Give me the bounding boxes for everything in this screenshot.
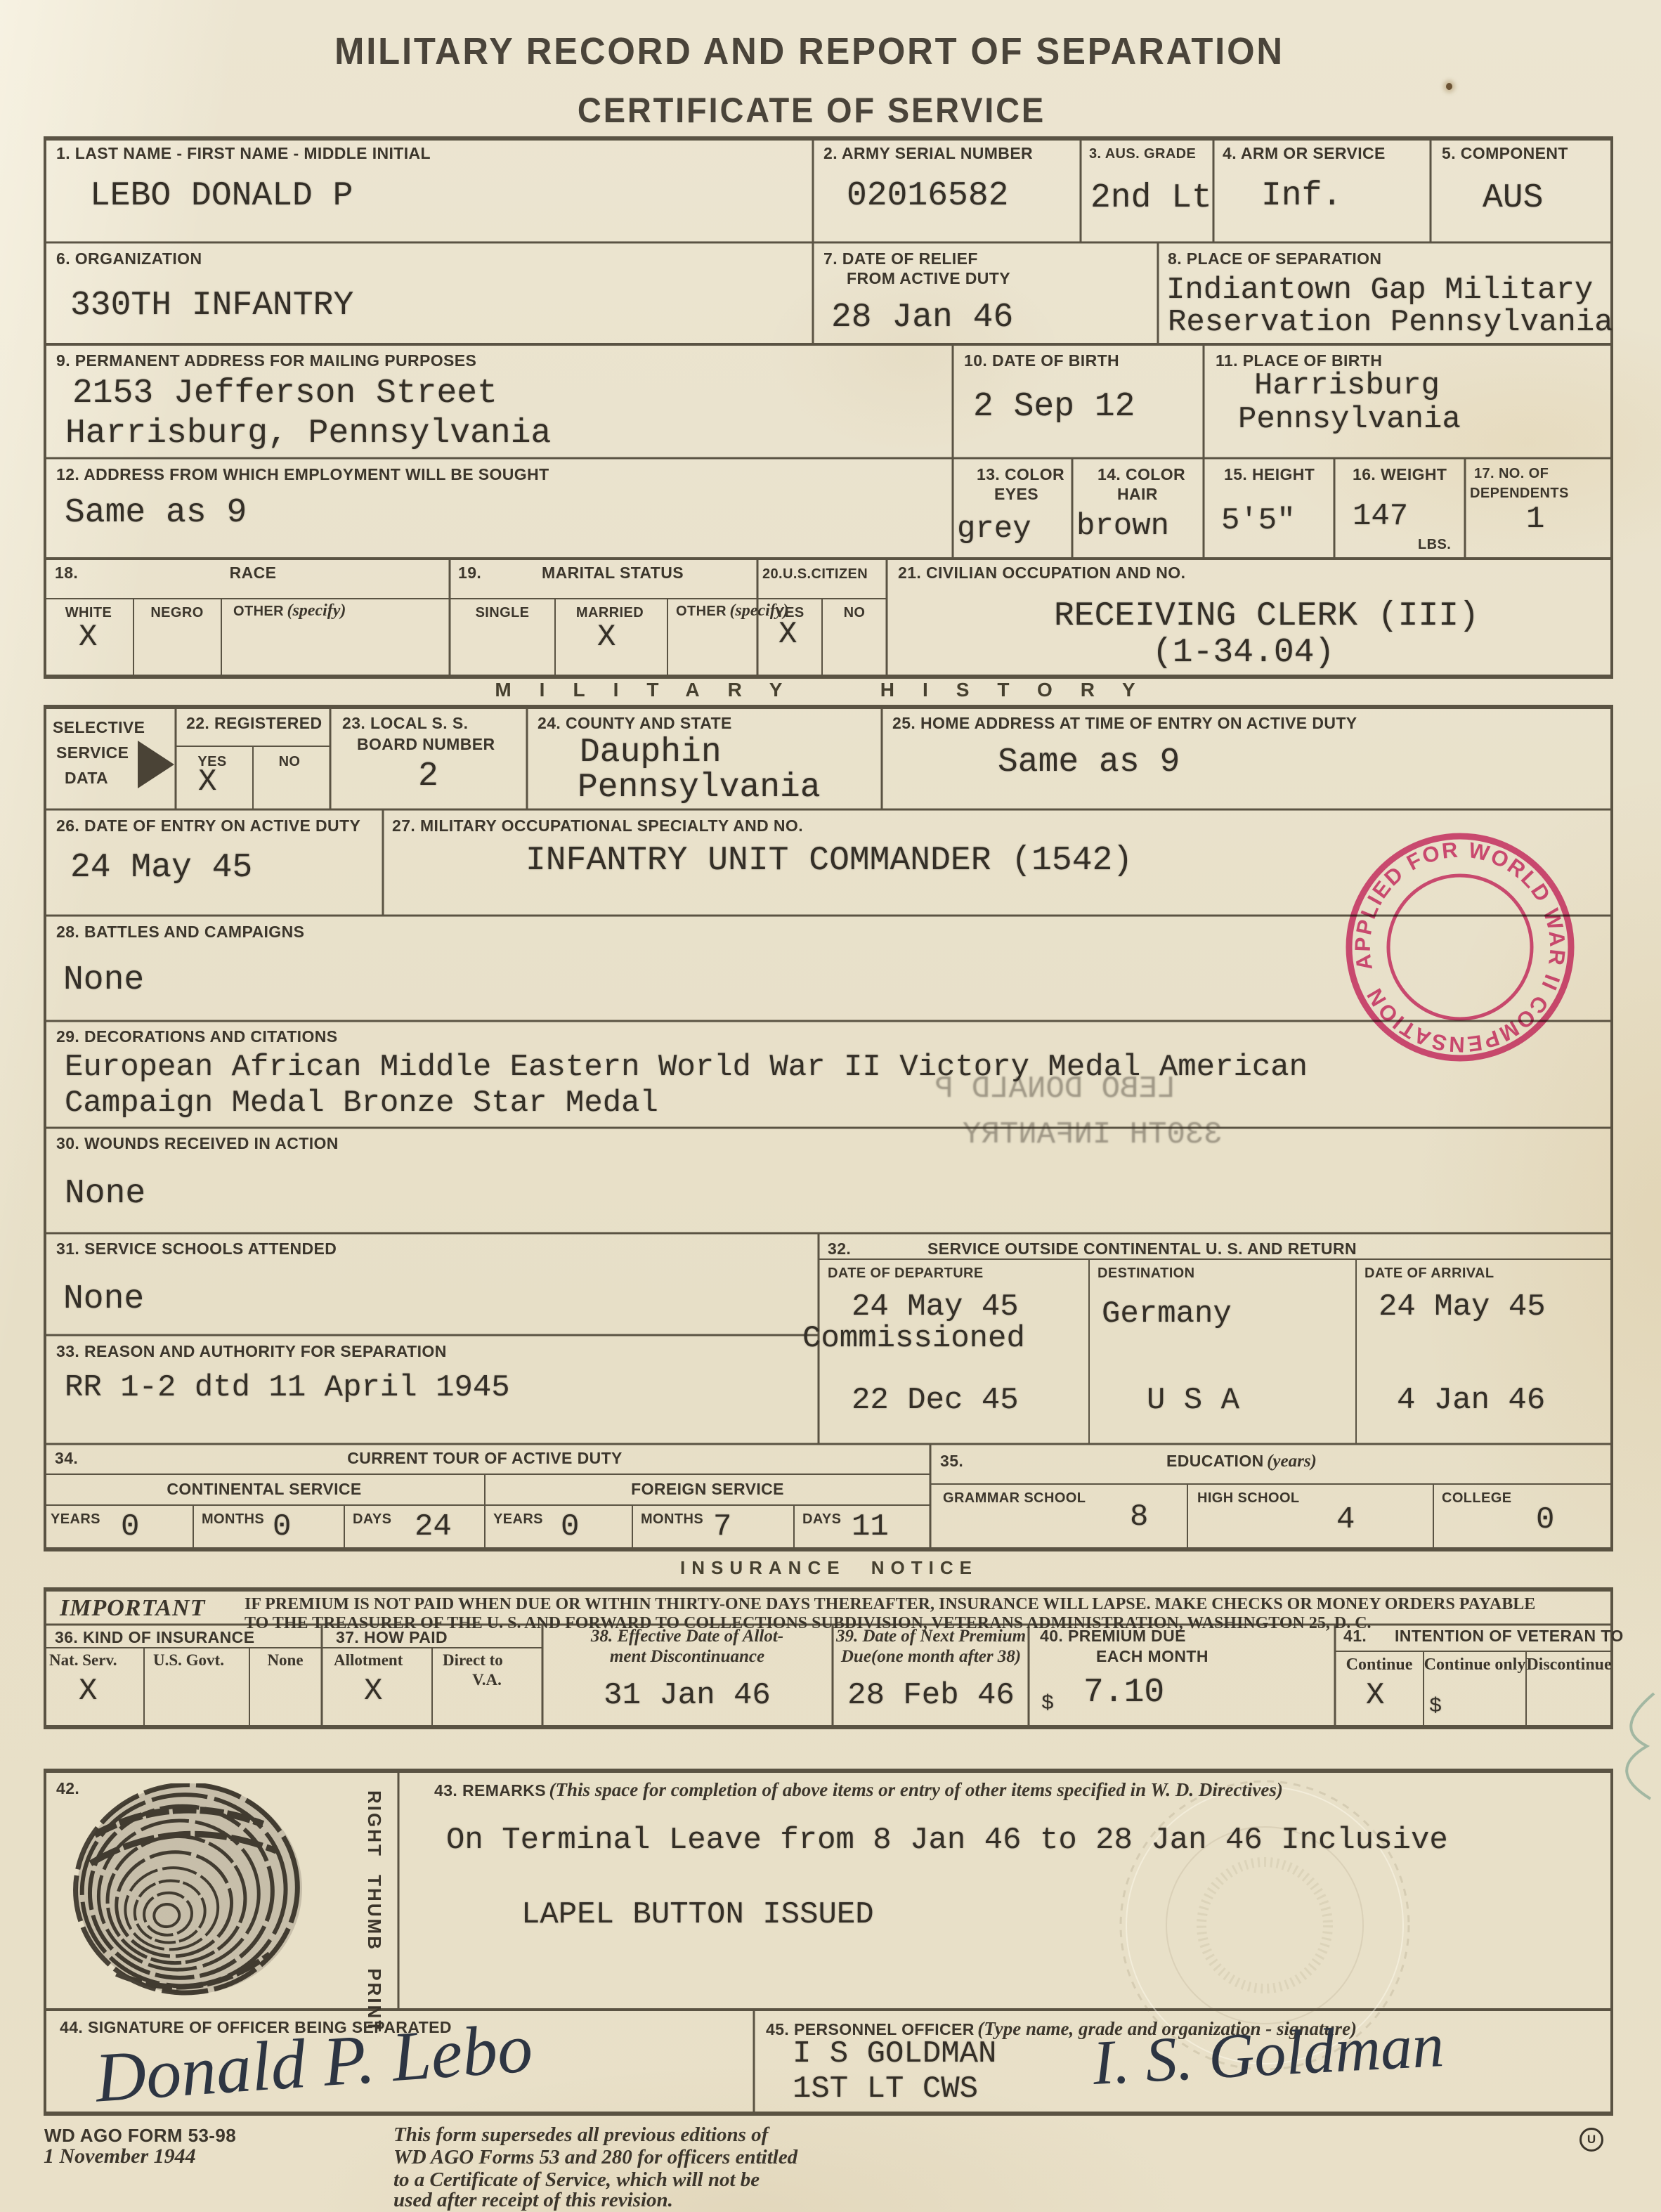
home-address-value: Same as 9	[998, 743, 1180, 781]
education-grammar-value: 8	[1130, 1499, 1148, 1535]
race-number: 18.	[55, 564, 78, 583]
education-label-text: EDUCATION	[1166, 1452, 1264, 1470]
education-grammar-label: GRAMMAR SCHOOL	[943, 1490, 1086, 1507]
occupation-label: 21. CIVILIAN OCCUPATION AND NO.	[898, 564, 1185, 583]
overseas-departure1: 24 May 45	[852, 1289, 1019, 1325]
field-value-employment-address: Same as 9	[65, 494, 247, 532]
tour-f-days-label: DAYS	[802, 1511, 841, 1528]
field-value-weight: 147	[1353, 499, 1408, 534]
tour-c-months: 0	[273, 1509, 291, 1544]
field-label-organization: 6. ORGANIZATION	[56, 249, 202, 269]
field-value-mailing-address2: Harrisburg, Pennsylvania	[65, 415, 551, 453]
battles-label: 28. BATTLES AND CAMPAIGNS	[56, 923, 304, 942]
separation-certificate-document: LEBO DONALD P 330TH INFANTRY MILITARY RE…	[0, 0, 1661, 2212]
board-value: 2	[418, 757, 438, 795]
field-label-component: 5. COMPONENT	[1442, 144, 1568, 164]
overseas-number: 32.	[828, 1240, 851, 1259]
remarks-line1: On Terminal Leave from 8 Jan 46 to 28 Ja…	[446, 1823, 1448, 1858]
insurance-howpaid-direct1: Direct to	[443, 1651, 503, 1670]
county-label: 24. COUNTY AND STATE	[538, 714, 732, 734]
field-value-separation-place1: Indiantown Gap Military	[1166, 273, 1593, 308]
field-value-hair: brown	[1076, 509, 1169, 544]
union-bug-icon: U	[1579, 2128, 1603, 2152]
field-label-relief-date2: FROM ACTIVE DUTY	[847, 269, 1010, 289]
decorations-value2: Campaign Medal Bronze Star Medal	[65, 1086, 658, 1121]
citizen-option-no: NO	[844, 604, 866, 621]
insurance-kind-none: None	[267, 1651, 303, 1670]
tour-c-months-label: MONTHS	[202, 1511, 264, 1528]
separation-reason-value: RR 1-2 dtd 11 April 1945	[65, 1370, 510, 1405]
field-value-grade: 2nd Lt	[1090, 179, 1212, 217]
insurance-premium-label2: EACH MONTH	[1096, 1647, 1209, 1667]
entry-date-value: 24 May 45	[70, 849, 252, 887]
tour-continental-label: CONTINENTAL SERVICE	[167, 1480, 361, 1499]
personnel-officer-typed-grade: 1ST LT CWS	[793, 2071, 978, 2107]
tour-number: 34.	[55, 1449, 78, 1469]
field-label-name: 1. LAST NAME - FIRST NAME - MIDDLE INITI…	[56, 144, 431, 164]
insurance-important-label: IMPORTANT	[60, 1595, 205, 1622]
tour-f-months-label: MONTHS	[641, 1511, 703, 1528]
race-option-white: WHITE	[65, 604, 112, 621]
remarks-label-note: (This space for completion of above item…	[549, 1779, 1283, 1800]
insurance-kind-mark: X	[79, 1674, 97, 1709]
education-label: EDUCATION (years)	[1166, 1452, 1317, 1471]
intention-continue: Continue	[1346, 1655, 1413, 1674]
tour-c-years-label: YEARS	[51, 1511, 100, 1528]
personnel-officer-typed-name: I S GOLDMAN	[793, 2036, 996, 2071]
field-value-dependents: 1	[1526, 502, 1544, 537]
bleed-through-text: 330TH INFANTRY	[963, 1117, 1223, 1152]
overseas-label: SERVICE OUTSIDE CONTINENTAL U. S. AND RE…	[927, 1240, 1357, 1259]
tour-foreign-label: FOREIGN SERVICE	[631, 1480, 784, 1499]
stamp-text: APPLIED FOR WORLD WAR II COMPENSATION	[1327, 814, 1593, 1080]
insurance-next-label2: Due(one month after 38)	[841, 1647, 1021, 1667]
wounds-value: None	[65, 1175, 145, 1213]
overseas-departure2: 22 Dec 45	[852, 1383, 1019, 1418]
pinhole	[1446, 83, 1452, 90]
field-value-birth-place2: Pennsylvania	[1238, 402, 1461, 437]
overseas-departure1b: Commissioned	[802, 1321, 1025, 1356]
intention-discontinue: Discontinue	[1526, 1655, 1611, 1674]
thumbprint	[60, 1783, 313, 2015]
field-value-name: LEBO DONALD P	[90, 177, 353, 215]
education-label-years: (years)	[1267, 1452, 1317, 1471]
tour-label: CURRENT TOUR OF ACTIVE DUTY	[347, 1449, 623, 1469]
insurance-eff-value: 31 Jan 46	[604, 1678, 771, 1713]
separation-reason-label: 33. REASON AND AUTHORITY FOR SEPARATION	[56, 1342, 447, 1362]
battles-value: None	[63, 961, 144, 999]
race-option-negro: NEGRO	[150, 604, 203, 621]
field-value-birth-date: 2 Sep 12	[973, 388, 1135, 426]
field-value-height: 5'5"	[1221, 503, 1296, 538]
insurance-howpaid-direct2: V.A.	[472, 1671, 502, 1689]
selective-service-label3: DATA	[65, 769, 108, 788]
field-label-serial: 2. ARMY SERIAL NUMBER	[823, 144, 1033, 164]
field-label-dependents2: DEPENDENTS	[1470, 485, 1569, 502]
board-label1: 23. LOCAL S. S.	[342, 714, 468, 734]
insurance-notice-heading: INSURANCE NOTICE	[680, 1557, 978, 1579]
overseas-destination2: U S A	[1147, 1383, 1239, 1418]
insurance-kind-label: 36. KIND OF INSURANCE	[55, 1628, 254, 1648]
field-label-eyes: 13. COLOR	[977, 465, 1064, 485]
field-label-height: 15. HEIGHT	[1224, 465, 1315, 485]
occupation-value1: RECEIVING CLERK (III)	[1054, 597, 1479, 635]
education-high-label: HIGH SCHOOL	[1197, 1490, 1300, 1507]
insurance-important-line1: IF PREMIUM IS NOT PAID WHEN DUE OR WITHI…	[245, 1595, 1535, 1614]
military-history-heading: MILITARY HISTORY	[495, 679, 1163, 701]
remarks-label-text: 43. REMARKS	[434, 1781, 546, 1800]
field-label-mailing-address: 9. PERMANENT ADDRESS FOR MAILING PURPOSE…	[56, 351, 476, 371]
field-value-organization: 330TH INFANTRY	[70, 287, 353, 325]
field-label-hair: 14. COLOR	[1097, 465, 1185, 485]
education-college-value: 0	[1536, 1502, 1554, 1537]
board-label2: BOARD NUMBER	[357, 735, 495, 755]
thumbprint-side-label: RIGHT THUMB PRINT	[363, 1790, 385, 2001]
field-value-mailing-address1: 2153 Jefferson Street	[72, 375, 497, 412]
schools-value: None	[63, 1280, 144, 1318]
education-number: 35.	[940, 1452, 963, 1471]
field-value-eyes: grey	[957, 512, 1031, 547]
race-option-other-label: OTHER	[233, 604, 284, 619]
insurance-next-value: 28 Feb 46	[847, 1678, 1015, 1713]
occupation-value2: (1-34.04)	[1152, 634, 1334, 672]
selective-service-label2: SERVICE	[56, 743, 129, 763]
county-value2: Pennsylvania	[578, 769, 821, 807]
race-option-other: OTHER (specify)	[233, 601, 346, 620]
tour-f-years: 0	[561, 1509, 579, 1544]
wounds-label: 30. WOUNDS RECEIVED IN ACTION	[56, 1134, 339, 1154]
field-label-eyes2: EYES	[994, 485, 1038, 505]
field-label-employment-address: 12. ADDRESS FROM WHICH EMPLOYMENT WILL B…	[56, 465, 549, 485]
field-value-arm: Inf.	[1261, 177, 1342, 215]
remarks-line2: LAPEL BUTTON ISSUED	[521, 1897, 874, 1932]
intention-continue-only: Continue only	[1424, 1655, 1526, 1674]
insurance-howpaid-allotment: Allotment	[334, 1651, 403, 1670]
field-value-serial: 02016582	[847, 177, 1008, 215]
insurance-howpaid-mark: X	[364, 1674, 382, 1709]
tour-c-years: 0	[121, 1509, 139, 1544]
field-label-arm: 4. ARM OR SERVICE	[1223, 144, 1386, 164]
field-label-relief-date: 7. DATE OF RELIEF	[823, 249, 978, 269]
field-label-weight: 16. WEIGHT	[1353, 465, 1447, 485]
race-label: RACE	[230, 564, 277, 583]
mos-value: INFANTRY UNIT COMMANDER (1542)	[526, 842, 1133, 880]
entry-date-label: 26. DATE OF ENTRY ON ACTIVE DUTY	[56, 817, 360, 836]
citizen-label: 20.U.S.CITIZEN	[762, 566, 868, 583]
form-number: WD AGO FORM 53-98	[44, 2125, 236, 2147]
race-option-other-specify: (specify)	[287, 601, 346, 620]
svg-text:APPLIED FOR WORLD WAR II COMPE: APPLIED FOR WORLD WAR II COMPENSATION	[1327, 814, 1593, 1080]
page-title: MILITARY RECORD AND REPORT OF SEPARATION	[334, 30, 1284, 73]
insurance-premium-label1: 40. PREMIUM DUE	[1040, 1627, 1186, 1646]
form-date: 1 November 1944	[44, 2145, 196, 2168]
registered-yes-mark: X	[198, 765, 216, 800]
tour-f-days: 11	[852, 1509, 889, 1544]
footer-note-line4: used after receipt of this revision.	[393, 2189, 673, 2212]
tour-f-years-label: YEARS	[493, 1511, 543, 1528]
home-address-label: 25. HOME ADDRESS AT TIME OF ENTRY ON ACT…	[892, 714, 1357, 734]
insurance-howpaid-label: 37. HOW PAID	[336, 1628, 448, 1648]
education-college-label: COLLEGE	[1442, 1490, 1511, 1507]
arrow-right-icon	[138, 741, 174, 788]
intention-label: INTENTION OF VETERAN TO	[1395, 1627, 1624, 1646]
intention-number: 41.	[1343, 1627, 1367, 1646]
field-label-birth-date: 10. DATE OF BIRTH	[964, 351, 1119, 371]
insurance-kind-usgovt: U.S. Govt.	[153, 1651, 224, 1670]
insurance-next-label1: 39. Date of Next Premium	[836, 1627, 1026, 1646]
marital-option-other-label: OTHER	[676, 604, 727, 619]
registered-label: 22. REGISTERED	[186, 714, 323, 734]
overseas-col-arrival: DATE OF ARRIVAL	[1364, 1265, 1494, 1282]
intention-dollar: $	[1429, 1695, 1442, 1719]
field-label-hair2: HAIR	[1117, 485, 1158, 505]
selective-service-label1: SELECTIVE	[53, 718, 145, 738]
field-label-dependents: 17. NO. OF	[1474, 465, 1549, 482]
pen-mark	[1591, 1686, 1661, 1806]
decorations-label: 29. DECORATIONS AND CITATIONS	[56, 1027, 338, 1047]
footer-note-line2: WD AGO Forms 53 and 280 for officers ent…	[393, 2146, 797, 2169]
overseas-destination1: Germany	[1102, 1296, 1232, 1332]
field-label-separation-place: 8. PLACE OF SEPARATION	[1168, 249, 1381, 269]
county-value1: Dauphin	[580, 734, 722, 772]
race-white-mark: X	[79, 620, 97, 655]
footer-note-line1: This form supersedes all previous editio…	[393, 2123, 768, 2147]
marital-option-married: MARRIED	[576, 604, 644, 621]
mos-label: 27. MILITARY OCCUPATIONAL SPECIALTY AND …	[392, 817, 803, 836]
insurance-eff-label1: 38. Effective Date of Allot-	[591, 1627, 783, 1646]
insurance-premium-value: 7.10	[1083, 1674, 1164, 1712]
marital-married-mark: X	[597, 620, 615, 655]
insurance-eff-label2: ment Discontinuance	[610, 1647, 764, 1667]
field-label-grade: 3. AUS. GRADE	[1089, 145, 1196, 162]
insurance-premium-dollar: $	[1041, 1692, 1054, 1716]
tour-c-days: 24	[415, 1509, 452, 1544]
marital-option-other: OTHER (specify)	[676, 601, 788, 620]
overseas-col-departure: DATE OF DEPARTURE	[828, 1265, 984, 1282]
marital-number: 19.	[458, 564, 481, 583]
overseas-col-destination: DESTINATION	[1097, 1265, 1194, 1282]
remarks-label: 43. REMARKS (This space for completion o…	[434, 1779, 1283, 1801]
intention-continue-mark: X	[1366, 1678, 1384, 1713]
insurance-kind-natserv: Nat. Serv.	[49, 1651, 117, 1670]
field-unit-weight: LBS.	[1418, 536, 1451, 553]
tour-f-months: 7	[713, 1509, 731, 1544]
citizen-yes-mark: X	[779, 617, 797, 652]
marital-option-single: SINGLE	[476, 604, 530, 621]
field-value-birth-place1: Harrisburg	[1254, 368, 1440, 403]
field-value-component: AUS	[1483, 179, 1543, 217]
schools-label: 31. SERVICE SCHOOLS ATTENDED	[56, 1240, 337, 1259]
registered-no: NO	[279, 753, 301, 770]
page-subtitle: CERTIFICATE OF SERVICE	[578, 90, 1046, 131]
education-high-value: 4	[1336, 1502, 1355, 1537]
overseas-arrival1: 24 May 45	[1379, 1289, 1546, 1325]
decorations-value1: European African Middle Eastern World Wa…	[65, 1050, 1308, 1085]
field-value-separation-place2: Reservation Pennsylvania	[1168, 305, 1613, 340]
marital-label: MARITAL STATUS	[542, 564, 684, 583]
tour-c-days-label: DAYS	[353, 1511, 391, 1528]
overseas-arrival2: 4 Jan 46	[1397, 1383, 1545, 1418]
field-value-relief-date: 28 Jan 46	[831, 299, 1013, 337]
